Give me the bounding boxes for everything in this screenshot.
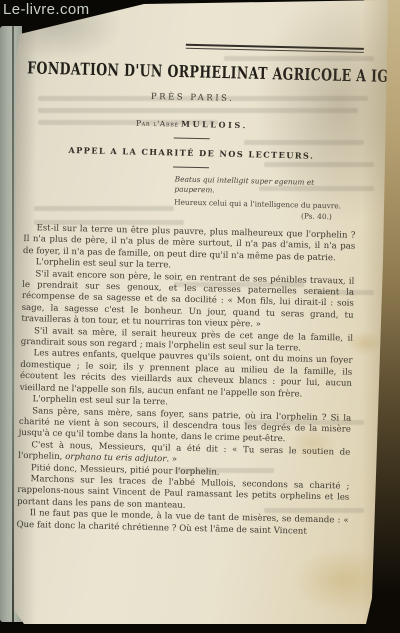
divider-rule — [173, 166, 209, 168]
body-paragraph: S'il avait encore son père, le soir, en … — [21, 269, 354, 334]
body-paragraph: Les autres enfants, quelque pauvres qu'i… — [20, 348, 353, 401]
watermark: Le-livre.com — [3, 1, 90, 18]
paragraph-fragment: . » — [166, 455, 177, 465]
body-text: Est-il sur la terre un être plus pauvre,… — [16, 223, 355, 539]
book-photo: { "watermark": "Le-livre.com", "colors":… — [0, 0, 400, 633]
page-content: FONDATION D'UN ORPHELINAT AGRICOLE A IGN… — [16, 38, 360, 539]
page-subtitle: PRÈS PARIS. — [27, 89, 359, 107]
byline: Par l'Abbé MULLOIS. — [26, 115, 358, 133]
book-page: FONDATION D'UN ORPHELINAT AGRICOLE A IGN… — [14, 0, 392, 624]
epigraph-latin: Beatus qui intelligit super egenum et pa… — [174, 174, 346, 198]
epigraph: Beatus qui intelligit super egenum et pa… — [174, 174, 347, 222]
byline-prefix: Par l'Abbé — [136, 119, 179, 129]
top-rule — [186, 44, 364, 53]
page-title: FONDATION D'UN ORPHELINAT AGRICOLE A IGN… — [27, 58, 359, 86]
page-crease — [12, 26, 14, 622]
latin-phrase: orphano tu eris adjutor — [65, 452, 166, 464]
section-heading: APPEL A LA CHARITÉ DE NOS LECTEURS. — [25, 144, 357, 162]
byline-author: MULLOIS. — [181, 119, 248, 131]
divider-rule — [174, 137, 210, 139]
